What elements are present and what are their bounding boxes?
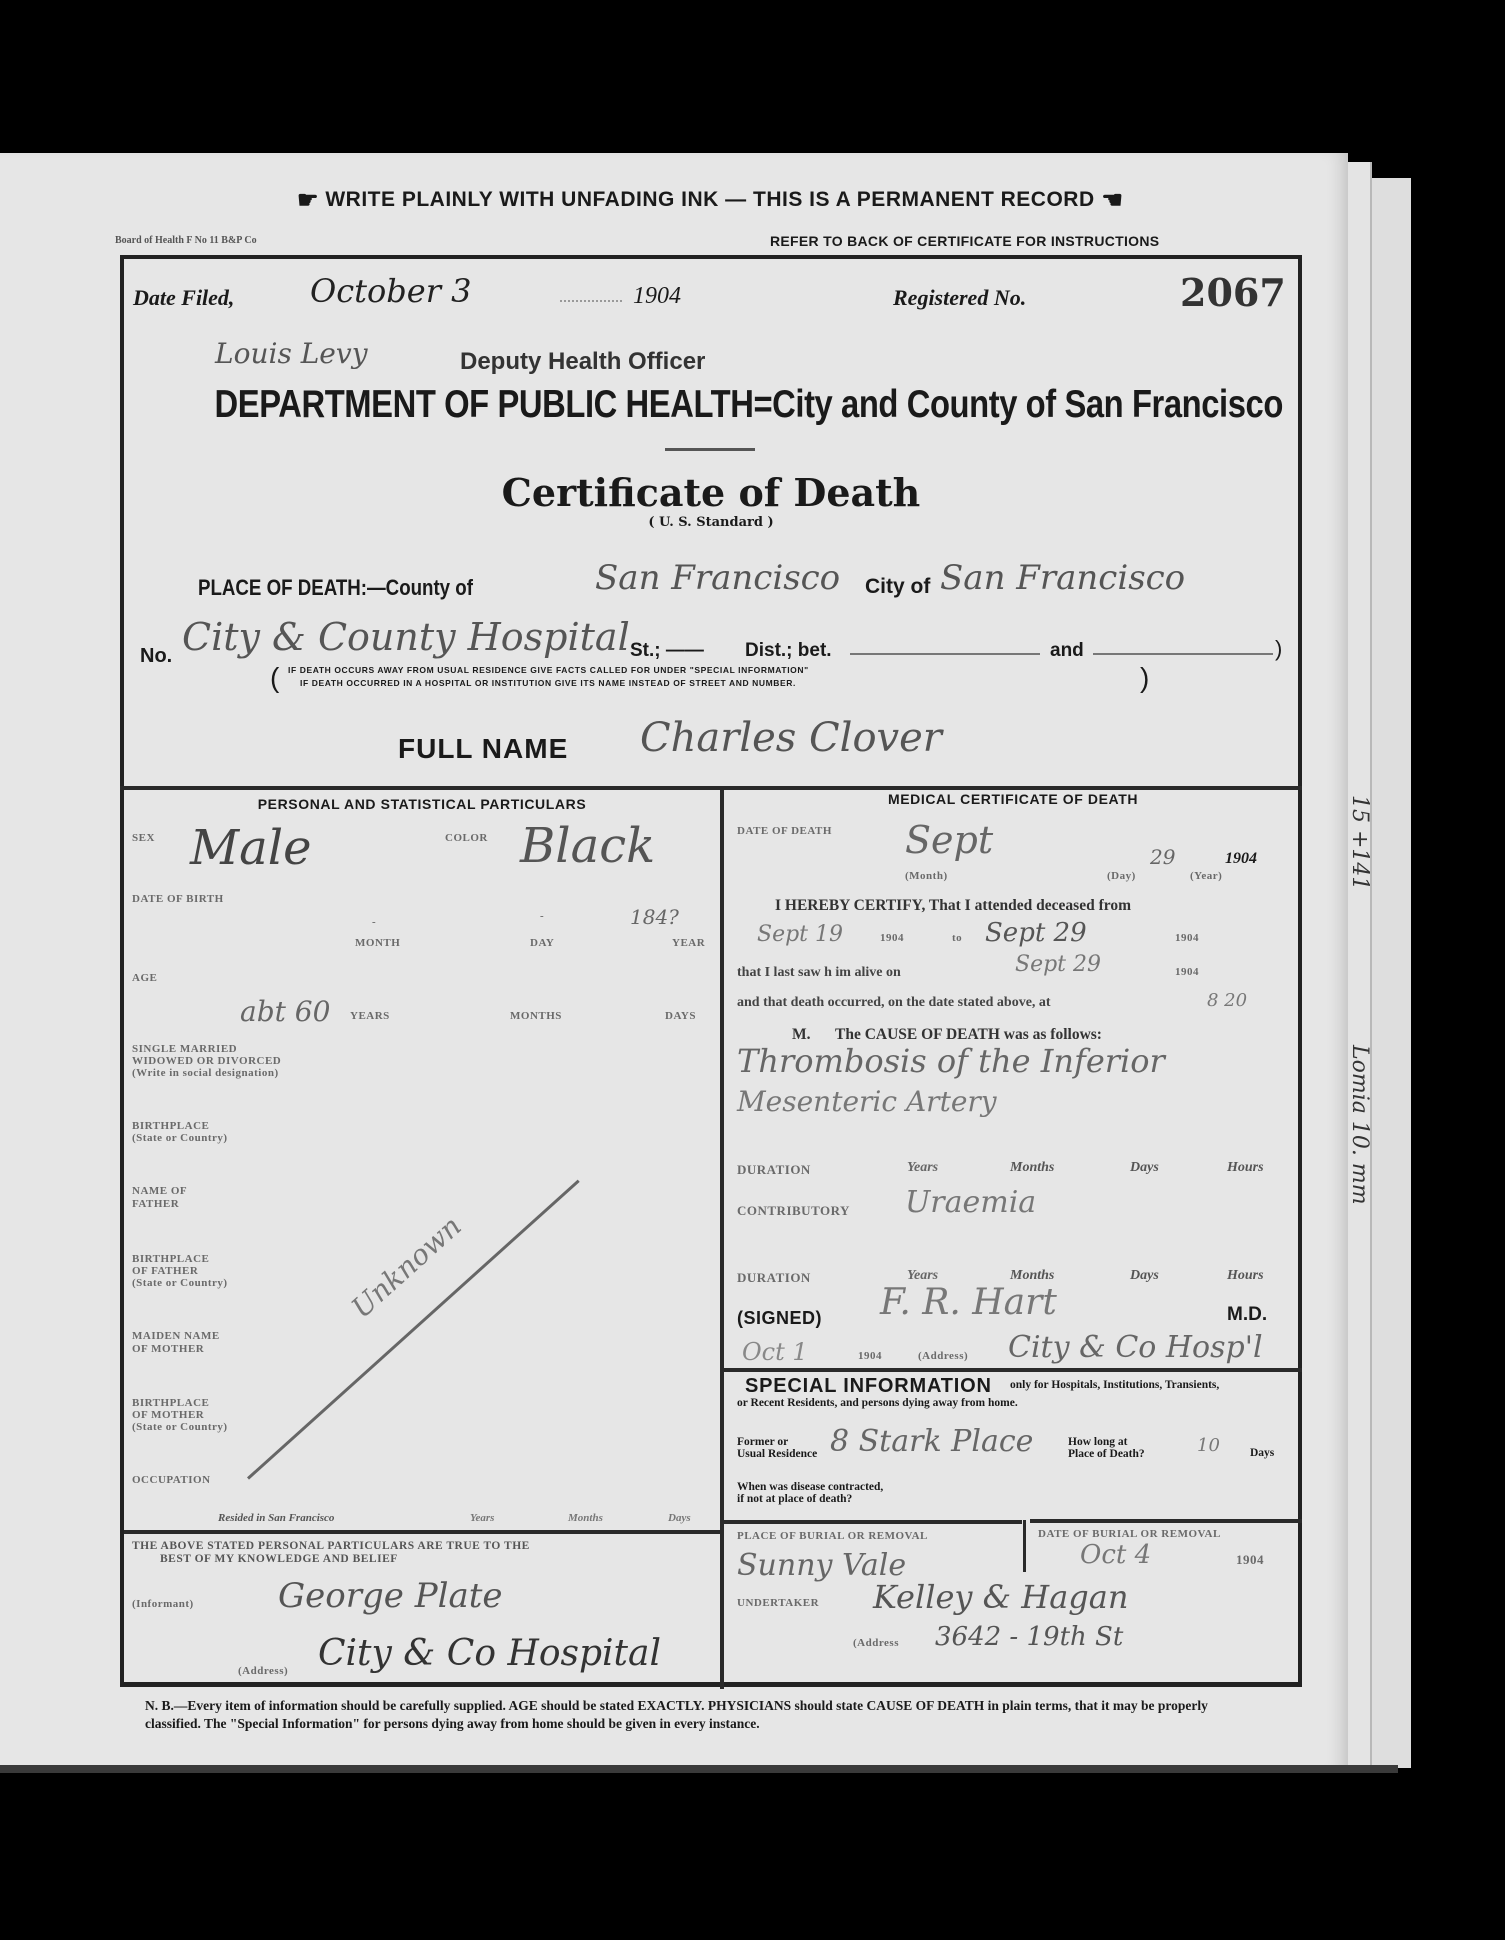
- age-label: AGE: [132, 972, 157, 984]
- occupation-label: OCCUPATION: [132, 1474, 211, 1486]
- informant-divider: [124, 1530, 720, 1534]
- special-heading: SPECIAL INFORMATION: [745, 1375, 992, 1398]
- county-value: San Francisco: [595, 558, 840, 598]
- column-divider: [720, 786, 724, 1689]
- burial-date: Oct 4: [1080, 1540, 1151, 1570]
- burial-divider: [1030, 1519, 1302, 1523]
- dob-day-label: Day: [530, 937, 554, 949]
- informant-statement-1: THE ABOVE STATED PERSONAL PARTICULARS AR…: [132, 1540, 530, 1552]
- dod-month-label: (Month): [905, 870, 948, 882]
- paren: ): [1275, 636, 1282, 662]
- dob-month-label: Month: [355, 937, 400, 949]
- death-time: 8 20: [1207, 990, 1247, 1011]
- color-value: Black: [520, 818, 655, 874]
- burial-divider: [724, 1520, 1022, 1524]
- duration-hours-label-2: Hours: [1227, 1268, 1264, 1284]
- certificate-standard: ( U. S. Standard ): [120, 515, 1302, 530]
- signed-year: 1904: [858, 1350, 882, 1362]
- duration-days-label-2: Days: [1130, 1268, 1159, 1284]
- cause-line-2: Mesenteric Artery: [737, 1085, 997, 1118]
- dob-label: DATE OF BIRTH: [132, 893, 224, 905]
- medical-heading: MEDICAL CERTIFICATE OF DEATH: [724, 791, 1302, 807]
- last-saw-date: Sept 29: [1015, 952, 1101, 977]
- burial-sub-divider: [1023, 1520, 1026, 1572]
- footer-note: N. B.—Every item of information should b…: [145, 1697, 1225, 1733]
- duration-months-label: Months: [1010, 1160, 1054, 1176]
- attended-from: Sept 19: [757, 922, 843, 947]
- how-long-value: 10: [1197, 1435, 1220, 1456]
- dob-day: -: [540, 910, 544, 922]
- md-label: M.D.: [1227, 1304, 1267, 1326]
- mother-birthplace-label: BIRTHPLACE OF MOTHER (State or Country): [132, 1397, 228, 1433]
- age-years-label: Years: [350, 1010, 390, 1022]
- dob-month: -: [372, 916, 376, 928]
- department-title: DEPARTMENT OF PUBLIC HEALTH=City and Cou…: [215, 383, 1208, 427]
- informant-label: (Informant): [132, 1598, 194, 1610]
- dod-day-label: (Day): [1107, 870, 1136, 882]
- full-name-label: FULL NAME: [398, 733, 568, 765]
- page-bottom-edge: [0, 1765, 1398, 1773]
- city-label: City of: [865, 575, 930, 599]
- attended-from-year: 1904: [880, 932, 904, 944]
- filing-year: 1904: [633, 283, 681, 310]
- how-long-days-label: Days: [1250, 1447, 1274, 1459]
- paren: ): [1140, 662, 1149, 694]
- burial-date-label: DATE of BURIAL or REMOVAL: [1038, 1528, 1221, 1540]
- duration-label-2: DURATION: [737, 1270, 811, 1286]
- section-divider: [120, 786, 1302, 790]
- and-label: and: [1050, 640, 1084, 662]
- attended-to: Sept 29: [985, 918, 1087, 948]
- age-months-label: Months: [510, 1010, 562, 1022]
- pointing-hand-icon: ☛: [1101, 186, 1123, 215]
- personal-heading: PERSONAL AND STATISTICAL PARTICULARS: [124, 796, 720, 812]
- cause-line-1: Thrombosis of the Inferior: [737, 1042, 1165, 1080]
- dod-day: 29: [1150, 845, 1175, 869]
- divider: [665, 448, 755, 451]
- duration-label: DURATION: [737, 1162, 811, 1178]
- color-label: COLOR: [445, 832, 488, 844]
- contracted-label: When was disease contracted, if not at p…: [737, 1481, 883, 1505]
- contributory-value: Uraemia: [905, 1185, 1036, 1220]
- informant-address-label: (Address): [238, 1665, 288, 1677]
- nb-text: Every item of information should be care…: [145, 1698, 1208, 1731]
- pointing-hand-icon: ☛: [297, 186, 319, 215]
- undertaker-address-label: (Address: [853, 1637, 899, 1649]
- occurred-text: and that death occurred, on the date sta…: [737, 995, 1051, 1011]
- sex-label: SEX: [132, 832, 155, 844]
- how-long-label: How long at Place of Death?: [1068, 1436, 1145, 1460]
- certificate-title: Certificate of Death: [120, 470, 1302, 515]
- residence-note-1: IF DEATH OCCURS AWAY FROM USUAL RESIDENC…: [288, 665, 809, 675]
- place-of-death-label: PLACE OF DEATH:—County of: [198, 575, 473, 601]
- margin-note-top: 15 +141: [1347, 795, 1372, 890]
- dob-year-label: Year: [672, 937, 705, 949]
- undertaker-name: Kelley & Hagan: [873, 1578, 1128, 1616]
- former-residence: 8 Stark Place: [830, 1424, 1033, 1459]
- signed-label: (SIGNED): [737, 1308, 822, 1329]
- paren: (: [270, 662, 279, 694]
- dod-year: 1904: [1225, 850, 1257, 868]
- attended-to-year: 1904: [1175, 932, 1199, 944]
- informant-statement-2: BEST OF MY KNOWLEDGE AND BELIEF: [160, 1553, 398, 1565]
- physician-address: City & Co Hosp'l: [1008, 1330, 1263, 1365]
- dotted-line: [560, 300, 622, 302]
- full-name-value: Charles Clover: [640, 715, 942, 761]
- date-filed-value: October 3: [310, 272, 472, 310]
- banner: ☛ WRITE PLAINLY WITH UNFADING INK — THIS…: [170, 186, 1250, 215]
- resided-months-label: Months: [568, 1512, 603, 1524]
- former-residence-label: Former or Usual Residence: [737, 1436, 817, 1460]
- physician-signature: F. R. Hart: [880, 1282, 1057, 1323]
- to-label: to: [952, 932, 962, 944]
- burial-year: 1904: [1236, 1552, 1264, 1568]
- burial-place-label: PLACE OF BURIAL OR REMOVAL: [737, 1530, 928, 1542]
- number-label: No.: [140, 645, 172, 668]
- physician-address-label: (Address): [918, 1350, 968, 1362]
- informant-name: George Plate: [278, 1576, 503, 1616]
- duration-hours-label: Hours: [1227, 1160, 1264, 1176]
- registered-number: 2067: [1180, 270, 1286, 315]
- mother-name-label: MAIDEN NAME OF MOTHER: [132, 1330, 220, 1356]
- dod-month: Sept: [905, 818, 993, 862]
- last-saw-label: that I last saw h im alive on: [737, 965, 901, 981]
- resided-years-label: Years: [470, 1512, 494, 1524]
- special-note-1: only for Hospitals, Institutions, Transi…: [1010, 1379, 1219, 1391]
- registered-label: Registered No.: [893, 285, 1026, 311]
- contributory-label: CONTRIBUTORY: [737, 1203, 850, 1219]
- sex-value: Male: [190, 820, 312, 876]
- special-note-2: or Recent Residents, and persons dying a…: [737, 1397, 1018, 1409]
- informant-address: City & Co Hospital: [318, 1633, 661, 1674]
- city-value: San Francisco: [940, 558, 1185, 598]
- duration-days-label: Days: [1130, 1160, 1159, 1176]
- age-value: abt 60: [240, 995, 330, 1028]
- father-birthplace-label: BIRTHPLACE OF FATHER (State or Country): [132, 1253, 228, 1289]
- dod-label: DATE OF DEATH: [737, 825, 832, 837]
- certify-text: I HEREBY CERTIFY, That I attended deceas…: [775, 897, 1131, 915]
- officer-signature: Louis Levy: [215, 337, 368, 370]
- marital-label: SINGLE MARRIED WIDOWED OR DIVORCED (Writ…: [132, 1043, 281, 1079]
- dod-year-label: (Year): [1190, 870, 1222, 882]
- instructions-note: REFER TO BACK OF CERTIFICATE FOR INSTRUC…: [770, 233, 1159, 249]
- form-id: Board of Health F No 11 B&P Co: [115, 235, 257, 246]
- street-label: St.; ——: [630, 640, 704, 662]
- special-divider: [724, 1368, 1302, 1372]
- age-days-label: Days: [665, 1010, 696, 1022]
- resided-days-label: Days: [668, 1512, 691, 1524]
- district-line: [850, 653, 1040, 655]
- banner-text: WRITE PLAINLY WITH UNFADING INK — THIS I…: [325, 188, 1094, 211]
- undertaker-address: 3642 - 19th St: [935, 1622, 1123, 1652]
- father-name-label: NAME OF FATHER: [132, 1185, 187, 1211]
- margin-note-bottom: Lomia 10. mm: [1347, 1045, 1372, 1205]
- last-saw-year: 1904: [1175, 966, 1199, 978]
- date-filed-label: Date Filed,: [133, 285, 234, 311]
- nb-label: N. B.—: [145, 1698, 187, 1713]
- district-label: Dist.; bet.: [745, 640, 832, 662]
- officer-title: Deputy Health Officer: [460, 348, 705, 376]
- resided-label: Resided in San Francisco: [218, 1512, 334, 1524]
- signed-date: Oct 1: [742, 1338, 808, 1366]
- undertaker-label: UNDERTAKER: [737, 1597, 819, 1609]
- dob-year: 184?: [630, 905, 679, 929]
- and-line: [1093, 653, 1273, 655]
- duration-years-label: Years: [907, 1160, 938, 1176]
- street-address: City & County Hospital: [182, 615, 630, 659]
- residence-note-2: IF DEATH OCCURRED IN A HOSPITAL OR INSTI…: [300, 678, 796, 688]
- birthplace-label: BIRTHPLACE (State or Country): [132, 1120, 228, 1144]
